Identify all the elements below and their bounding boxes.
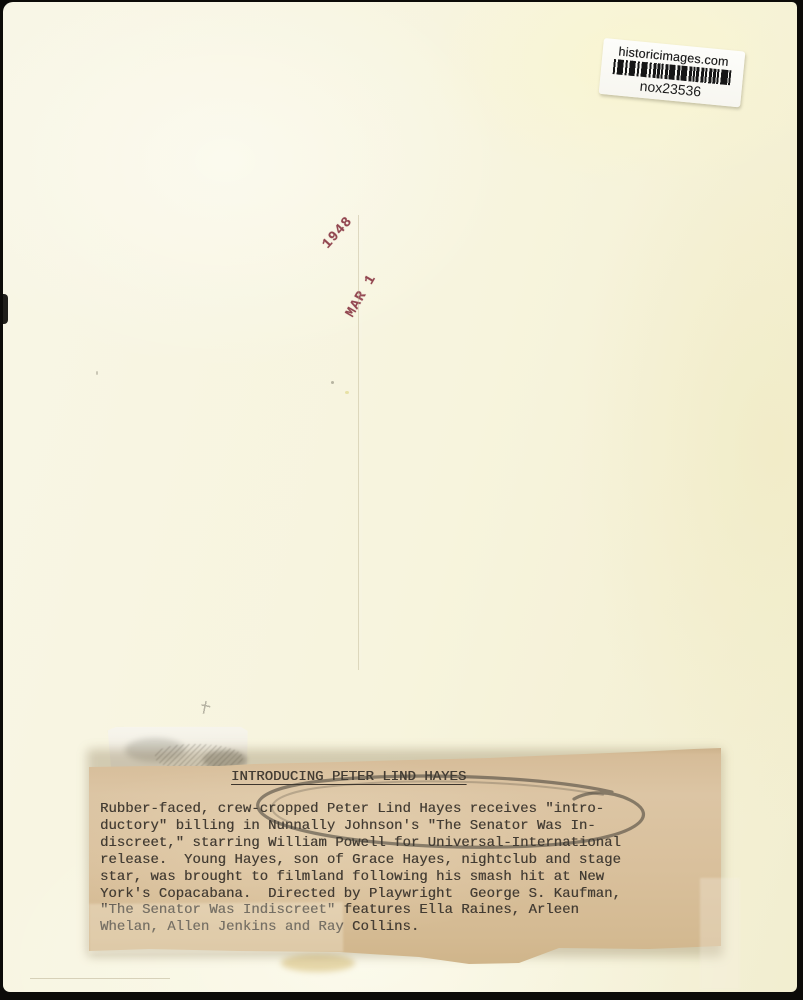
tape-piece-right <box>700 878 740 990</box>
caption-line: star, was brought to filmland following … <box>100 869 721 886</box>
caption-line: Rubber-faced, crew-cropped Peter Lind Ha… <box>100 801 721 818</box>
caption-title: INTRODUCING PETER LIND HAYES <box>231 769 466 786</box>
caption-line: York's Copacabana. Directed by Playwrigh… <box>100 886 721 903</box>
pencil-mark <box>200 700 212 715</box>
paper-speck <box>331 381 334 384</box>
vertical-crease <box>358 215 359 670</box>
date-stamp-year: 1948 <box>319 214 356 253</box>
inventory-sticker: historicimages.com nox23536 <box>599 38 746 107</box>
paper-speck <box>345 391 349 394</box>
paper-speck <box>96 371 98 375</box>
date-stamp-month-day: MAR 1 <box>343 272 380 321</box>
scan-edge-notch <box>3 294 8 324</box>
caption-line: release. Young Hayes, son of Grace Hayes… <box>100 852 721 869</box>
tape-piece-bottom-left <box>89 902 343 954</box>
photo-back-paper: historicimages.com nox23536 1948 MAR 1 I… <box>3 2 797 992</box>
horizontal-crease <box>30 978 170 979</box>
caption-line: discreet," starring William Powell for U… <box>100 835 721 852</box>
caption-line: ductory" billing in Nunnally Johnson's "… <box>100 818 721 835</box>
